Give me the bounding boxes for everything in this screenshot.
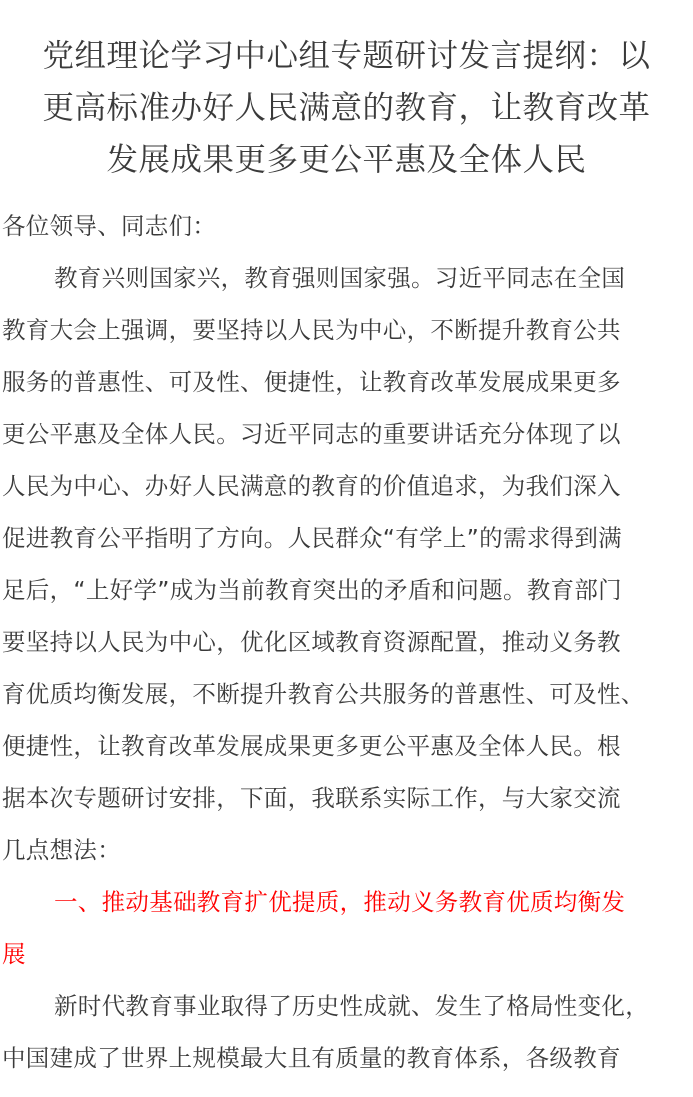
paragraph-line: 育优质均衡发展，不断提升教育公共服务的普惠性、可及性、 bbox=[2, 668, 693, 720]
paragraph-line: 足后，“上好学”成为当前教育突出的矛盾和问题。教育部门 bbox=[2, 564, 693, 616]
title-line: 更高标准办好人民满意的教育，让教育改革 bbox=[0, 82, 693, 134]
document-page: 党组理论学习中心组专题研讨发言提纲：以 更高标准办好人民满意的教育，让教育改革 … bbox=[0, 0, 693, 1084]
paragraph-line: 服务的普惠性、可及性、便捷性，让教育改革发展成果更多 bbox=[2, 356, 693, 408]
section-heading-line: 一、推动基础教育扩优提质，推动义务教育优质均衡发 bbox=[2, 876, 693, 928]
paragraph-line: 教育兴则国家兴，教育强则国家强。习近平同志在全国 bbox=[2, 252, 693, 304]
paragraph-line: 便捷性，让教育改革发展成果更多更公平惠及全体人民。根 bbox=[2, 720, 693, 772]
paragraph-section-1: 新时代教育事业取得了历史性成就、发生了格局性变化， 中国建成了世界上规模最大且有… bbox=[0, 980, 693, 1084]
document-body: 各位领导、同志们： 教育兴则国家兴，教育强则国家强。习近平同志在全国 教育大会上… bbox=[0, 200, 693, 1084]
paragraph-intro: 教育兴则国家兴，教育强则国家强。习近平同志在全国 教育大会上强调，要坚持以人民为… bbox=[0, 252, 693, 876]
paragraph-line: 据本次专题研讨安排，下面，我联系实际工作，与大家交流 bbox=[2, 772, 693, 824]
paragraph-line: 几点想法： bbox=[2, 824, 693, 876]
document-title: 党组理论学习中心组专题研讨发言提纲：以 更高标准办好人民满意的教育，让教育改革 … bbox=[0, 0, 693, 186]
paragraph-line: 中国建成了世界上规模最大且有质量的教育体系，各级教育 bbox=[2, 1032, 693, 1084]
paragraph-line: 教育大会上强调，要坚持以人民为中心，不断提升教育公共 bbox=[2, 304, 693, 356]
salutation-text: 各位领导、同志们： bbox=[2, 200, 693, 252]
paragraph-line: 更公平惠及全体人民。习近平同志的重要讲话充分体现了以 bbox=[2, 408, 693, 460]
paragraph-line: 要坚持以人民为中心，优化区域教育资源配置，推动义务教 bbox=[2, 616, 693, 668]
paragraph-line: 人民为中心、办好人民满意的教育的价值追求，为我们深入 bbox=[2, 460, 693, 512]
section-heading-line: 展 bbox=[2, 928, 693, 980]
salutation: 各位领导、同志们： bbox=[0, 200, 693, 252]
section-heading-1: 一、推动基础教育扩优提质，推动义务教育优质均衡发 展 bbox=[0, 876, 693, 980]
paragraph-line: 促进教育公平指明了方向。人民群众“有学上”的需求得到满 bbox=[2, 512, 693, 564]
title-line: 发展成果更多更公平惠及全体人民 bbox=[0, 134, 693, 186]
title-line: 党组理论学习中心组专题研讨发言提纲：以 bbox=[0, 30, 693, 82]
paragraph-line: 新时代教育事业取得了历史性成就、发生了格局性变化， bbox=[2, 980, 693, 1032]
